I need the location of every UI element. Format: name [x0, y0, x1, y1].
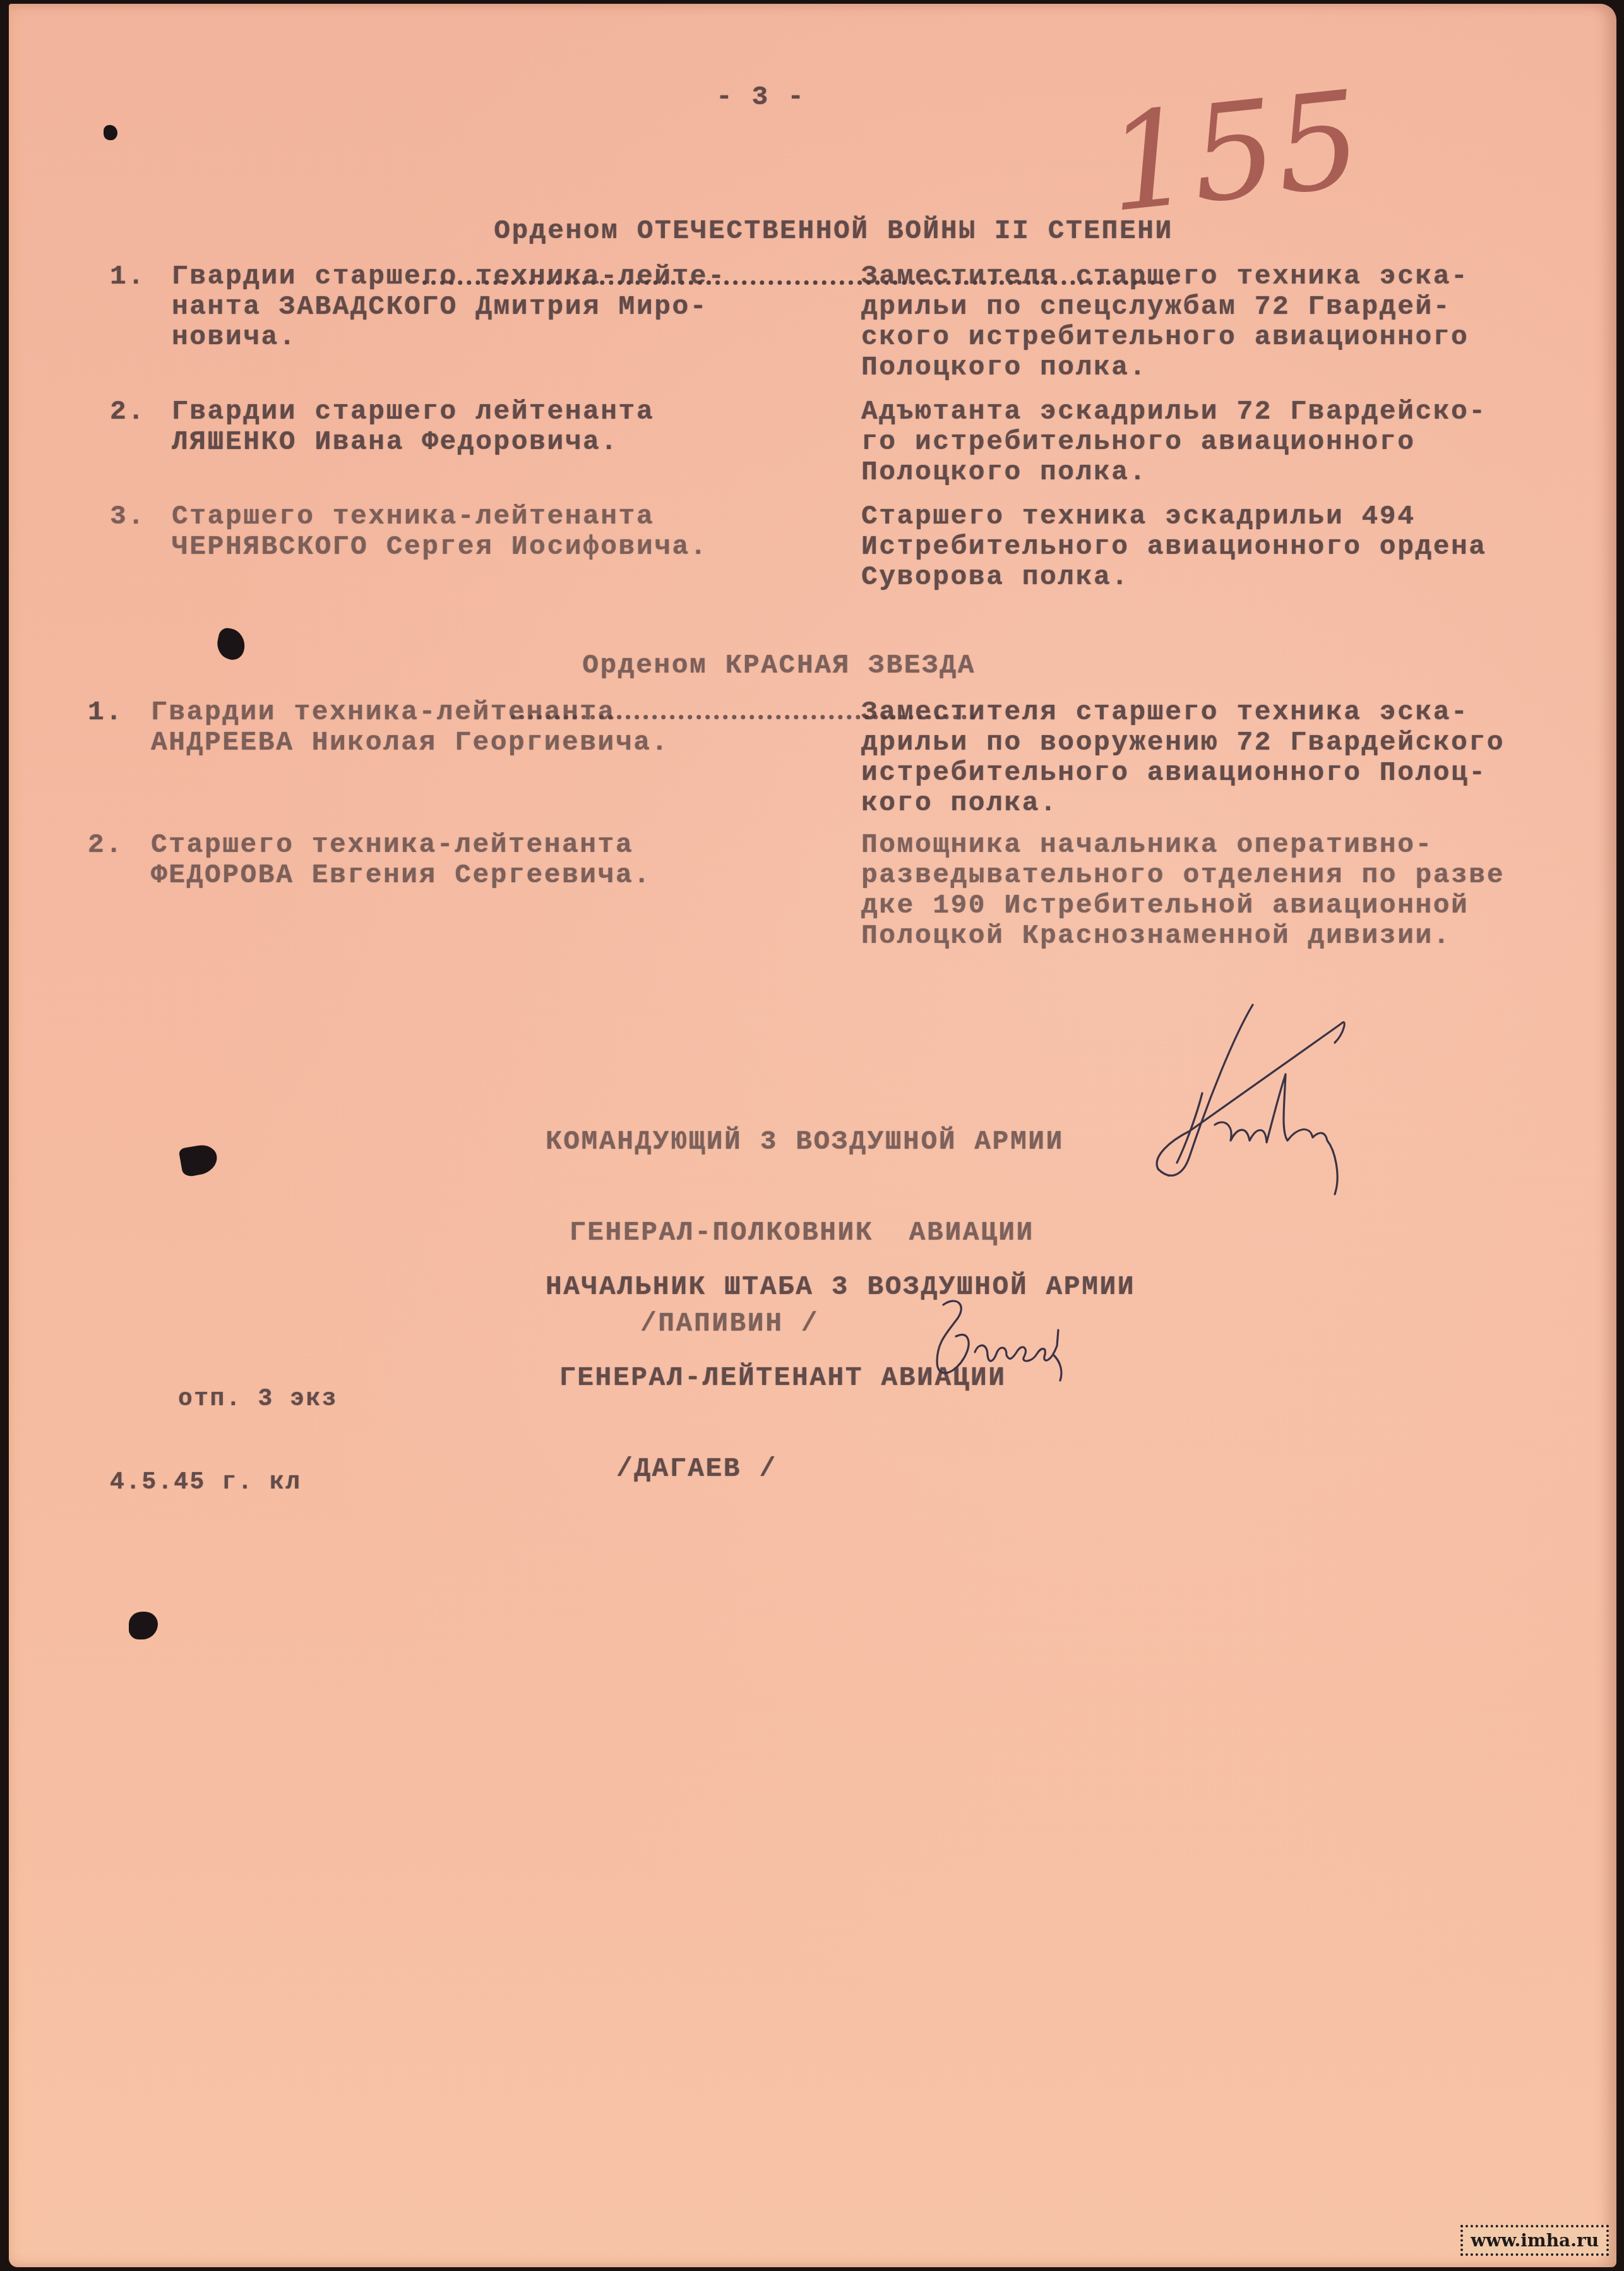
document-page: - 3 - 155 Орденом ОТЕЧЕСТВЕННОЙ ВОЙНЫ II…: [9, 4, 1616, 2267]
awardee-position: Помощника начальника оперативно-разведыв…: [861, 830, 1505, 951]
entry-number: 2.: [88, 830, 124, 860]
section-2-heading-prefix: Орденом: [582, 650, 707, 681]
entry-number: 2.: [110, 397, 146, 427]
punch-hole-4: [129, 1612, 158, 1639]
entry-number: 3.: [110, 501, 146, 532]
awardee-name: Гвардии техника-лейтенантаАНДРЕЕВА Никол…: [151, 697, 669, 758]
signatory-title: КОМАНДУЮЩИЙ 3 ВОЗДУШНОЙ АРМИИ: [546, 1127, 1064, 1157]
copies-note: отп. 3 экз 4.5.45 г. кл: [165, 1330, 338, 1552]
entry-number: 1.: [88, 697, 124, 728]
document-date: 4.5.45 г. кл: [110, 1469, 338, 1497]
awardee-name: Гвардии старшего лейтенантаЛЯШЕНКО Ивана…: [172, 397, 654, 457]
punch-hole-2: [214, 626, 248, 662]
chief-of-staff-handwritten-signature: [918, 1292, 1108, 1393]
awardee-position: Адъютанта эскадрильи 72 Гвардейско-го ис…: [861, 397, 1487, 488]
commander-handwritten-signature: [1108, 998, 1461, 1201]
awardee-position: Старшего техника эскадрильи 494Истребите…: [861, 501, 1487, 592]
copies-count: отп. 3 экз: [165, 1386, 338, 1413]
section-2-heading-title: КРАСНАЯ ЗВЕЗДА: [725, 650, 976, 681]
awardee-position: Заместителя старшего техника эска-дрильи…: [861, 261, 1469, 383]
punch-hole-3: [178, 1142, 219, 1177]
punch-hole-top: [104, 125, 117, 140]
page-number: - 3 -: [716, 82, 806, 112]
entry-number: 1.: [110, 261, 146, 292]
awardee-name: Старшего техника-лейтенантаФЕДОРОВА Евге…: [151, 830, 652, 890]
awardee-name: Гвардии старшего техника-лейте-нанта ЗАВ…: [172, 261, 725, 352]
awardee-name: Старшего техника-лейтенантаЧЕРНЯВСКОГО С…: [172, 501, 708, 562]
section-1-heading-prefix: Орденом: [494, 215, 619, 246]
section-1-heading-title: ОТЕЧЕСТВЕННОЙ ВОЙНЫ II СТЕПЕНИ: [637, 215, 1173, 246]
awardee-position: Заместителя старшего техника эска-дрильи…: [861, 697, 1505, 818]
source-watermark: www.imha.ru: [1460, 2225, 1609, 2256]
signatory-name: /ДАГАЕВ /: [546, 1454, 1135, 1484]
